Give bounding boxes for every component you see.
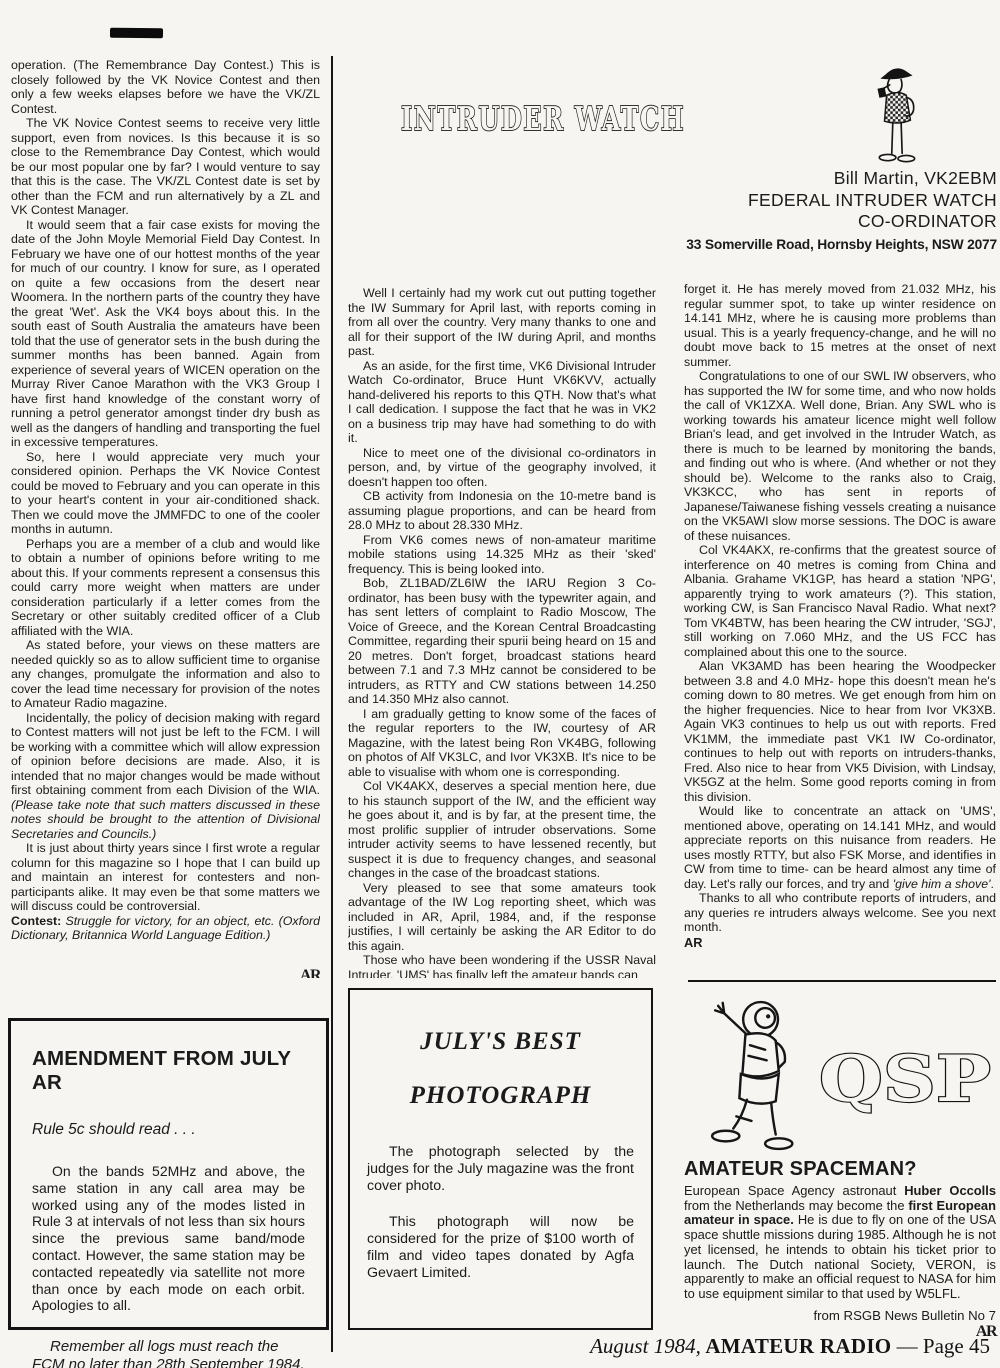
- paragraph: As stated before, your views on these ma…: [11, 638, 320, 711]
- intruder-watch-title: INTRUDER WATCH: [398, 96, 688, 140]
- photo-box-body: The photograph selected by the judges fo…: [367, 1144, 634, 1282]
- text-segment: The photograph selected by the judges fo…: [367, 1144, 634, 1194]
- spaceman-icon: [700, 995, 806, 1159]
- paragraph: Contest: Struggle for victory, for an ob…: [11, 914, 320, 943]
- text-segment: From VK6 comes news of non-amateur marit…: [348, 533, 656, 576]
- intruder-watch-column-2: forget it. He has merely moved from 21.0…: [684, 282, 996, 978]
- text-segment: As stated before, your views on these ma…: [11, 638, 320, 710]
- byline-block: Bill Martin, VK2EBM FEDERAL INTRUDER WAT…: [560, 168, 997, 252]
- intruder-watch-paragraphs-1: Well I certainly had my work cut out put…: [348, 286, 656, 978]
- amendment-title: AMENDMENT FROM JULY AR: [32, 1047, 305, 1095]
- amendment-rule-intro: Rule 5c should read . . .: [32, 1121, 305, 1139]
- paragraph: Well I certainly had my work cut out put…: [348, 286, 656, 359]
- byline-role-line1: FEDERAL INTRUDER WATCH: [560, 190, 997, 212]
- qsp-heading: AMATEUR SPACEMAN?: [684, 1158, 996, 1181]
- amendment-body: On the bands 52MHz and above, the same s…: [32, 1163, 305, 1314]
- text-segment: As an aside, for the first time, VK6 Div…: [348, 359, 656, 446]
- text-segment: Very pleased to see that some amateurs t…: [348, 881, 656, 953]
- qsp-body: European Space Agency astronaut Huber Oc…: [684, 1184, 996, 1340]
- footer-page-number: — Page 45: [891, 1334, 990, 1358]
- contest-column: operation. (The Remembrance Day Contest.…: [11, 58, 320, 978]
- qsp-divider: [688, 980, 996, 982]
- paragraph: Incidentally, the policy of decision mak…: [11, 711, 320, 842]
- paragraph: Bob, ZL1BAD/ZL6IW the IARU Region 3 Co-o…: [348, 576, 656, 707]
- page-footer: August 1984, AMATEUR RADIO — Page 45: [500, 1334, 990, 1359]
- paragraph: Col VK4AKX, deserves a special mention h…: [348, 779, 656, 881]
- text-segment: Col VK4AKX, deserves a special mention h…: [348, 779, 656, 880]
- text-segment: Nice to meet one of the divisional co-or…: [348, 446, 656, 489]
- text-segment: CB activity from Indonesia on the 10-met…: [348, 489, 656, 532]
- text-segment: This photograph will now be considered f…: [367, 1214, 634, 1281]
- text-segment: Those who have been wondering if the USS…: [348, 953, 656, 978]
- text-segment: Congratulations to one of our SWL IW obs…: [684, 369, 996, 543]
- paragraph: I am gradually getting to know some of t…: [348, 707, 656, 780]
- text-segment: (Please take note that such matters disc…: [11, 798, 320, 841]
- paragraph: Congratulations to one of our SWL IW obs…: [684, 369, 996, 543]
- text-segment: 'give him a shove': [893, 877, 991, 891]
- photo-box-title-line1: JULY'S BEST: [367, 1028, 634, 1056]
- text-segment: operation. (The Remembrance Day Contest.…: [11, 58, 320, 116]
- intruder-watch-title-text: INTRUDER WATCH: [401, 99, 685, 138]
- paragraph: Very pleased to see that some amateurs t…: [348, 881, 656, 954]
- photo-box: JULY'S BEST PHOTOGRAPH The photograph se…: [348, 988, 653, 1330]
- paragraph: Would like to concentrate an attack on '…: [684, 804, 996, 891]
- paragraph: Those who have been wondering if the USS…: [348, 953, 656, 978]
- text-segment: Perhaps you are a member of a club and w…: [11, 537, 320, 638]
- byline-name: Bill Martin, VK2EBM: [560, 168, 997, 190]
- paragraph: Thanks to all who contribute reports of …: [684, 891, 996, 935]
- paragraph: The VK Novice Contest seems to receive v…: [11, 116, 320, 218]
- column-divider: [331, 56, 333, 1352]
- paragraph: Alan VK3AMD has been hearing the Woodpec…: [684, 659, 996, 804]
- text-segment: So, here I would appreciate very much yo…: [11, 450, 320, 537]
- ink-smudge: [110, 28, 163, 39]
- paragraph: Perhaps you are a member of a club and w…: [11, 537, 320, 639]
- paragraph: CB activity from Indonesia on the 10-met…: [348, 489, 656, 533]
- byline-address: 33 Somerville Road, Hornsby Heights, NSW…: [560, 237, 997, 252]
- text-segment: Incidentally, the policy of decision mak…: [11, 711, 320, 798]
- text-segment: forget it. He has merely moved from 21.0…: [684, 282, 996, 369]
- detective-icon: [866, 62, 930, 170]
- paragraph: forget it. He has merely moved from 21.0…: [684, 282, 996, 369]
- qsp-source: from RSGB News Bulletin No 7: [684, 1309, 996, 1324]
- amendment-box: AMENDMENT FROM JULY AR Rule 5c should re…: [8, 1018, 329, 1330]
- text-segment: It would seem that a fair case exists fo…: [11, 218, 320, 450]
- text-segment: Bob, ZL1BAD/ZL6IW the IARU Region 3 Co-o…: [348, 576, 656, 706]
- paragraph: It would seem that a fair case exists fo…: [11, 218, 320, 450]
- text-segment: It is just about thirty years since I fi…: [11, 841, 320, 913]
- qsp-logo: QSP: [814, 1038, 996, 1116]
- paragraph: From VK6 comes news of non-amateur marit…: [348, 533, 656, 577]
- text-segment: from the Netherlands may become the: [684, 1198, 908, 1213]
- text-segment: .: [990, 877, 993, 891]
- paragraph: It is just about thirty years since I fi…: [11, 841, 320, 914]
- footer-date: August 1984,: [590, 1334, 701, 1358]
- text-segment: Contest:: [11, 914, 65, 928]
- contest-paragraphs: operation. (The Remembrance Day Contest.…: [11, 58, 320, 943]
- paragraph: This photograph will now be considered f…: [367, 1214, 634, 1282]
- text-segment: Well I certainly had my work cut out put…: [348, 286, 656, 358]
- text-segment: I am gradually getting to know some of t…: [348, 707, 656, 779]
- paragraph: European Space Agency astronaut Huber Oc…: [684, 1184, 996, 1302]
- paragraph: operation. (The Remembrance Day Contest.…: [11, 58, 320, 116]
- footer-magazine: AMATEUR RADIO: [701, 1334, 891, 1358]
- end-of-article-mark: AR: [11, 969, 320, 979]
- text-segment: Thanks to all who contribute reports of …: [684, 891, 996, 934]
- byline-role-line2: CO-ORDINATOR: [560, 211, 997, 233]
- amendment-note: Remember all logs must reach the FCM no …: [32, 1338, 305, 1368]
- paragraph: The photograph selected by the judges fo…: [367, 1144, 634, 1195]
- magazine-page: operation. (The Remembrance Day Contest.…: [0, 0, 1000, 1368]
- text-segment: Huber Occolls: [904, 1183, 996, 1198]
- intruder-watch-paragraphs-2: forget it. He has merely moved from 21.0…: [684, 282, 996, 935]
- paragraph: So, here I would appreciate very much yo…: [11, 450, 320, 537]
- qsp-paragraphs: European Space Agency astronaut Huber Oc…: [684, 1184, 996, 1302]
- photo-box-title-line2: PHOTOGRAPH: [367, 1082, 634, 1110]
- text-segment: European Space Agency astronaut: [684, 1183, 904, 1198]
- text-segment: The VK Novice Contest seems to receive v…: [11, 116, 320, 217]
- intruder-watch-end-mark: AR: [684, 936, 996, 951]
- intruder-watch-column-1: Well I certainly had my work cut out put…: [348, 286, 656, 978]
- text-segment: Col VK4AKX, re-confirms that the greates…: [684, 543, 996, 659]
- paragraph: Col VK4AKX, re-confirms that the greates…: [684, 543, 996, 659]
- text-segment: Alan VK3AMD has been hearing the Woodpec…: [684, 659, 996, 804]
- paragraph: Nice to meet one of the divisional co-or…: [348, 446, 656, 490]
- paragraph: As an aside, for the first time, VK6 Div…: [348, 359, 656, 446]
- qsp-logo-text: QSP: [819, 1042, 991, 1116]
